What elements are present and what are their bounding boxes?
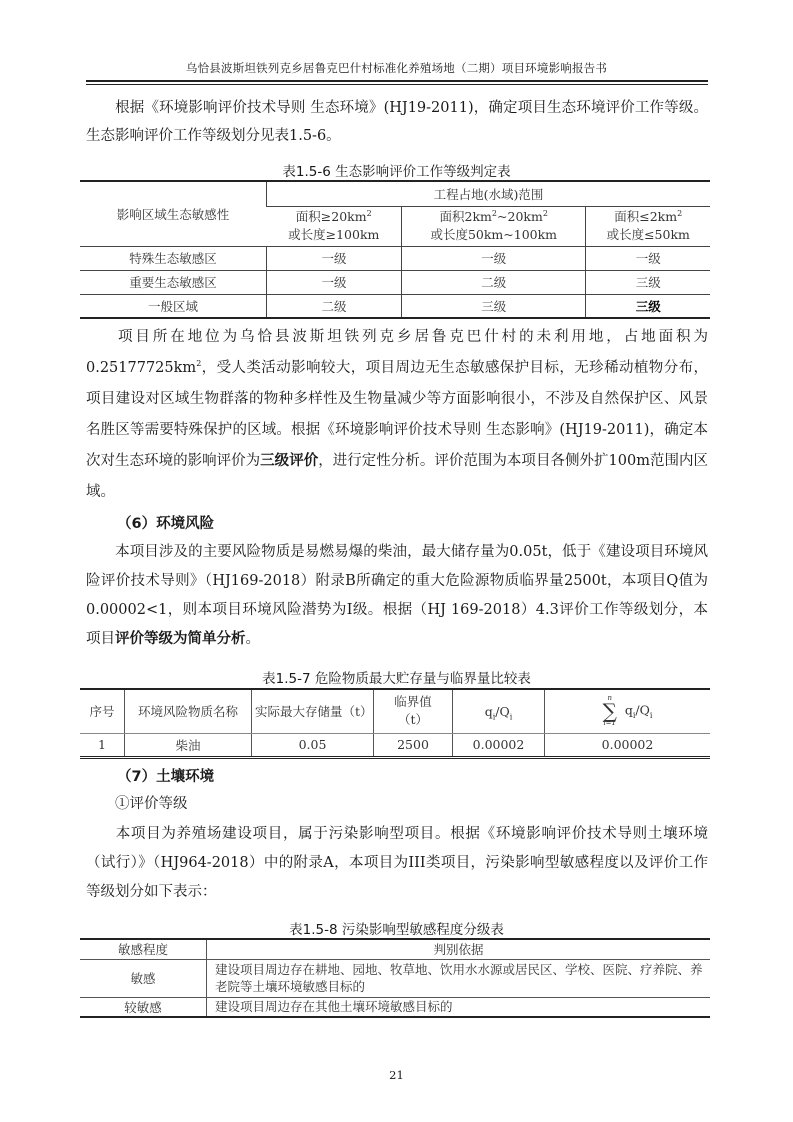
- table-hazard-substances: 序号 环境风险物质名称 实际最大存储量（t） 临界值（t） qi/Qi n ∑ …: [80, 688, 710, 759]
- paragraph-text: 本项目为养殖场建设项目，属于污染影响型项目。根据《环境影响评价技术导则土壤环境（…: [86, 826, 708, 900]
- cell-grade: 二级: [402, 270, 586, 294]
- paragraph-text: 根据《环境影响评价技术导则 生态环境》(HJ19-2011)，确定项目生态环境评…: [86, 100, 708, 144]
- row-label: 重要生态敏感区: [80, 270, 267, 294]
- cell-grade: 一级: [267, 270, 402, 294]
- cell-max-storage: 0.05: [252, 733, 374, 757]
- paragraph-text: 。: [246, 631, 261, 647]
- table-row: 较敏感 建设项目周边存在其他土壤环境敏感目标的: [80, 997, 710, 1017]
- cell-substance-name: 柴油: [125, 733, 252, 757]
- cell-critical-value: 2500: [374, 733, 453, 757]
- table-row: 一般区域 二级 三级 三级: [80, 294, 710, 318]
- cell-ratio-sum: 0.00002: [545, 733, 711, 757]
- header-critical-value: 临界值（t）: [374, 689, 453, 733]
- table-pollution-sensitivity: 敏感程度 判别依据 敏感 建设项目周边存在耕地、园地、牧草地、饮用水水源或居民区…: [80, 938, 710, 1018]
- col-header-area-medium: 面积2km2~20km2 或长度50km~100km: [402, 206, 586, 246]
- cell-basis: 建设项目周边存在其他土壤环境敏感目标的: [207, 997, 711, 1017]
- row-header-sensitivity: 影响区域生态敏感性: [80, 181, 267, 246]
- cell-grade: 二级: [267, 294, 402, 318]
- cell-sensitivity: 敏感: [80, 959, 207, 997]
- group-header-footprint: 工程占地(水域)范围: [267, 181, 711, 206]
- subheading-text: ①评价等级: [115, 796, 188, 812]
- cell-sensitivity: 较敏感: [80, 997, 207, 1017]
- emphasis-text: 评价等级为简单分析: [115, 631, 246, 647]
- paragraph-project-site: 项目所在地位为乌恰县波斯坦铁列克乡居鲁克巴什村的未利用地，占地面积为0.2517…: [86, 322, 708, 508]
- table-row: 特殊生态敏感区 一级 一级 一级: [80, 246, 710, 270]
- header-rule-top: [86, 80, 708, 82]
- cell-grade: 一级: [586, 246, 710, 270]
- cell-grade-highlighted: 三级: [586, 294, 710, 318]
- cell-grade: 三级: [402, 294, 586, 318]
- table-158-caption: 表1.5-8 污染影响型敏感程度分级表: [0, 918, 793, 938]
- paragraph-env-risk: 本项目涉及的主要风险物质是易燃易爆的柴油，最大储存量为0.05t，低于《建设项目…: [86, 538, 708, 654]
- cell-grade: 一级: [267, 246, 402, 270]
- page-number: 21: [0, 1068, 793, 1082]
- header-substance-name: 环境风险物质名称: [125, 689, 252, 733]
- paragraph-soil: 本项目为养殖场建设项目，属于污染影响型项目。根据《环境影响评价技术导则土壤环境（…: [86, 820, 708, 907]
- table-eco-grade-determination: 影响区域生态敏感性 工程占地(水域)范围 面积≥20km2 或长度≥100km …: [80, 180, 710, 319]
- table-row: 敏感 建设项目周边存在耕地、园地、牧草地、饮用水水源或居民区、学校、医院、疗养院…: [80, 959, 710, 997]
- table-row: 1 柴油 0.05 2500 0.00002 0.00002: [80, 733, 710, 757]
- cell-no: 1: [80, 733, 125, 757]
- row-label: 一般区域: [80, 294, 267, 318]
- cell-grade: 三级: [586, 270, 710, 294]
- section-heading-env-risk: （6）环境风险: [117, 512, 214, 533]
- table-157-caption: 表1.5-7 危险物质最大贮存量与临界量比较表: [0, 667, 793, 687]
- cell-basis: 建设项目周边存在耕地、园地、牧草地、饮用水水源或居民区、学校、医院、疗养院、养老…: [207, 959, 711, 997]
- header-no: 序号: [80, 689, 125, 733]
- emphasis-text: 三级评价: [260, 453, 318, 469]
- col-header-area-large: 面积≥20km2 或长度≥100km: [267, 206, 402, 246]
- document-header-title: 乌恰县波斯坦铁列克乡居鲁克巴什村标准化养殖场地（二期）项目环境影响报告书: [0, 60, 793, 76]
- cell-ratio: 0.00002: [453, 733, 545, 757]
- sigma-icon: n ∑ i=1: [603, 695, 617, 727]
- row-label: 特殊生态敏感区: [80, 246, 267, 270]
- paragraph-eco-assessment-intro: 根据《环境影响评价技术导则 生态环境》(HJ19-2011)，确定项目生态环境评…: [86, 94, 708, 150]
- subheading-assessment-grade: ①评价等级: [86, 790, 708, 818]
- header-ratio: qi/Qi: [453, 689, 545, 733]
- header-sensitivity: 敏感程度: [80, 939, 207, 959]
- cell-grade: 一级: [402, 246, 586, 270]
- section-heading-soil: （7）土壤环境: [117, 765, 214, 786]
- header-max-storage: 实际最大存储量（t）: [252, 689, 374, 733]
- header-ratio-sum: n ∑ i=1 qi/Qi: [545, 689, 711, 733]
- table-row: 重要生态敏感区 一级 二级 三级: [80, 270, 710, 294]
- table-156-caption: 表1.5-6 生态影响评价工作等级判定表: [0, 160, 793, 180]
- header-rule-bottom: [86, 84, 708, 85]
- col-header-area-small: 面积≤2km2 或长度≤50km: [586, 206, 710, 246]
- header-basis: 判别依据: [207, 939, 711, 959]
